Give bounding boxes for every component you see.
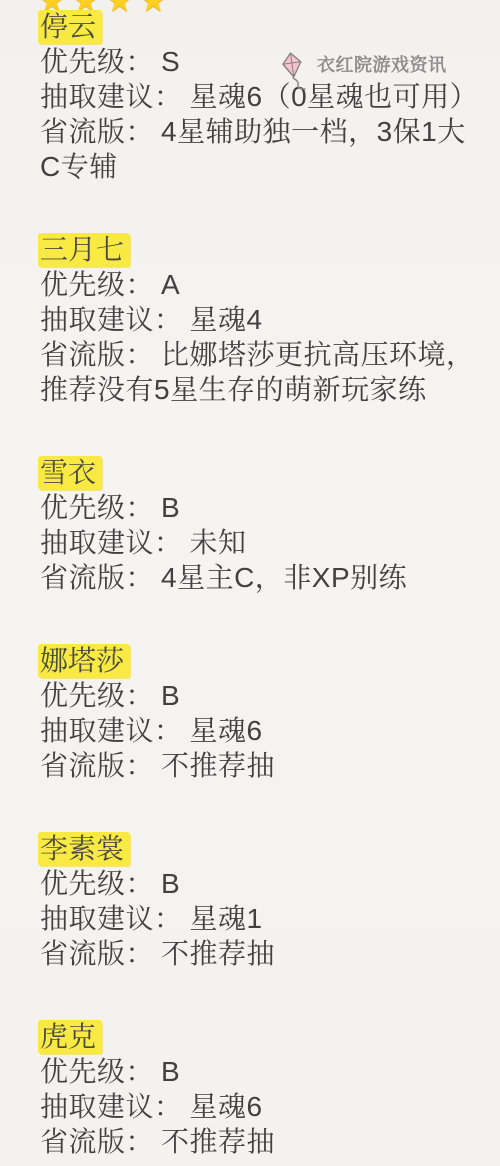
- stars-row: ★★★★: [38, 0, 480, 2]
- tldr-value: 4星主C，非XP别练: [161, 562, 407, 593]
- pull-advice-label: 抽取建议：: [40, 81, 183, 112]
- priority-row: 优先级：A: [40, 267, 480, 302]
- star-icon: ★: [139, 0, 173, 19]
- character-section-lisushang: 李素裳 优先级：B 抽取建议：星魂1 省流版：不推荐抽: [40, 831, 480, 971]
- character-name: 雪衣: [38, 456, 102, 490]
- character-name: 李素裳: [38, 832, 130, 866]
- tldr-row: 省流版：4星辅助独一档，3保1大C专辅: [40, 114, 480, 184]
- character-name: 虎克: [38, 1020, 102, 1054]
- tldr-label: 省流版：: [40, 339, 154, 370]
- pull-advice-value: 星魂6: [190, 715, 263, 746]
- tldr-row: 省流版：比娜塔莎更抗高压环境，推荐没有5星生存的萌新玩家练: [40, 337, 480, 407]
- priority-label: 优先级：: [40, 492, 154, 523]
- priority-value: B: [161, 680, 180, 711]
- priority-value: A: [161, 269, 180, 300]
- tldr-row: 省流版：不推荐抽: [40, 748, 480, 783]
- pull-advice-label: 抽取建议：: [40, 903, 183, 934]
- tldr-label: 省流版：: [40, 750, 154, 781]
- star-icon: ★: [106, 0, 140, 19]
- article-page: 衣红院游戏资讯 ★★★★ 停云 优先级：S 抽取建议：星魂6（0星魂也可用） 省…: [0, 0, 500, 1166]
- priority-label: 优先级：: [40, 269, 154, 300]
- watermark-text: 衣红院游戏资讯: [317, 54, 447, 76]
- priority-label: 优先级：: [40, 46, 154, 77]
- priority-value: S: [161, 46, 180, 77]
- priority-label: 优先级：: [40, 680, 154, 711]
- pull-advice-value: 未知: [190, 527, 247, 558]
- pull-advice-value: 星魂1: [190, 903, 263, 934]
- tldr-value: 不推荐抽: [161, 1126, 275, 1157]
- article-content: ★★★★ 停云 优先级：S 抽取建议：星魂6（0星魂也可用） 省流版：4星辅助独…: [0, 0, 500, 1159]
- tldr-value: 不推荐抽: [161, 938, 275, 969]
- pull-advice-label: 抽取建议：: [40, 1091, 183, 1122]
- character-name-line: 虎克: [40, 1019, 480, 1054]
- tldr-row: 省流版：4星主C，非XP别练: [40, 560, 480, 595]
- tldr-label: 省流版：: [40, 562, 154, 593]
- character-name: 停云: [38, 10, 102, 44]
- priority-row: 优先级：B: [40, 866, 480, 901]
- pull-advice-row: 抽取建议：星魂6: [40, 1089, 480, 1124]
- character-name-line: 雪衣: [40, 455, 480, 490]
- pull-advice-label: 抽取建议：: [40, 304, 183, 335]
- priority-value: B: [161, 492, 180, 523]
- priority-row: 优先级：B: [40, 490, 480, 525]
- pull-advice-label: 抽取建议：: [40, 527, 183, 558]
- character-section-tingyun: 停云 优先级：S 抽取建议：星魂6（0星魂也可用） 省流版：4星辅助独一档，3保…: [40, 9, 480, 184]
- priority-label: 优先级：: [40, 868, 154, 899]
- pull-advice-label: 抽取建议：: [40, 715, 183, 746]
- tldr-row: 省流版：不推荐抽: [40, 936, 480, 971]
- character-name-line: 娜塔莎: [40, 643, 480, 678]
- pull-advice-value: 星魂4: [190, 304, 263, 335]
- pull-advice-row: 抽取建议：星魂6: [40, 713, 480, 748]
- character-section-xueyi: 雪衣 优先级：B 抽取建议：未知 省流版：4星主C，非XP别练: [40, 455, 480, 595]
- character-section-natasha: 娜塔莎 优先级：B 抽取建议：星魂6 省流版：不推荐抽: [40, 643, 480, 783]
- tldr-label: 省流版：: [40, 116, 154, 147]
- pull-advice-row: 抽取建议：星魂4: [40, 302, 480, 337]
- priority-row: 优先级：B: [40, 678, 480, 713]
- character-name: 娜塔莎: [38, 644, 130, 678]
- character-section-march7th: 三月七 优先级：A 抽取建议：星魂4 省流版：比娜塔莎更抗高压环境，推荐没有5星…: [40, 232, 480, 407]
- tldr-value: 不推荐抽: [161, 750, 275, 781]
- priority-value: B: [161, 1056, 180, 1087]
- tldr-label: 省流版：: [40, 1126, 154, 1157]
- pull-advice-row: 抽取建议：星魂1: [40, 901, 480, 936]
- character-name-line: 三月七: [40, 232, 480, 267]
- priority-label: 优先级：: [40, 1056, 154, 1087]
- priority-row: 优先级：B: [40, 1054, 480, 1089]
- watermark: 衣红院游戏资讯: [280, 51, 447, 91]
- tldr-row: 省流版：不推荐抽: [40, 1124, 480, 1159]
- tldr-label: 省流版：: [40, 938, 154, 969]
- character-name-line: 李素裳: [40, 831, 480, 866]
- pull-advice-value: 星魂6: [190, 1091, 263, 1122]
- kite-icon: [280, 51, 308, 91]
- pull-advice-row: 抽取建议：未知: [40, 525, 480, 560]
- character-section-hook: 虎克 优先级：B 抽取建议：星魂6 省流版：不推荐抽: [40, 1019, 480, 1159]
- priority-value: B: [161, 868, 180, 899]
- character-name: 三月七: [38, 233, 130, 267]
